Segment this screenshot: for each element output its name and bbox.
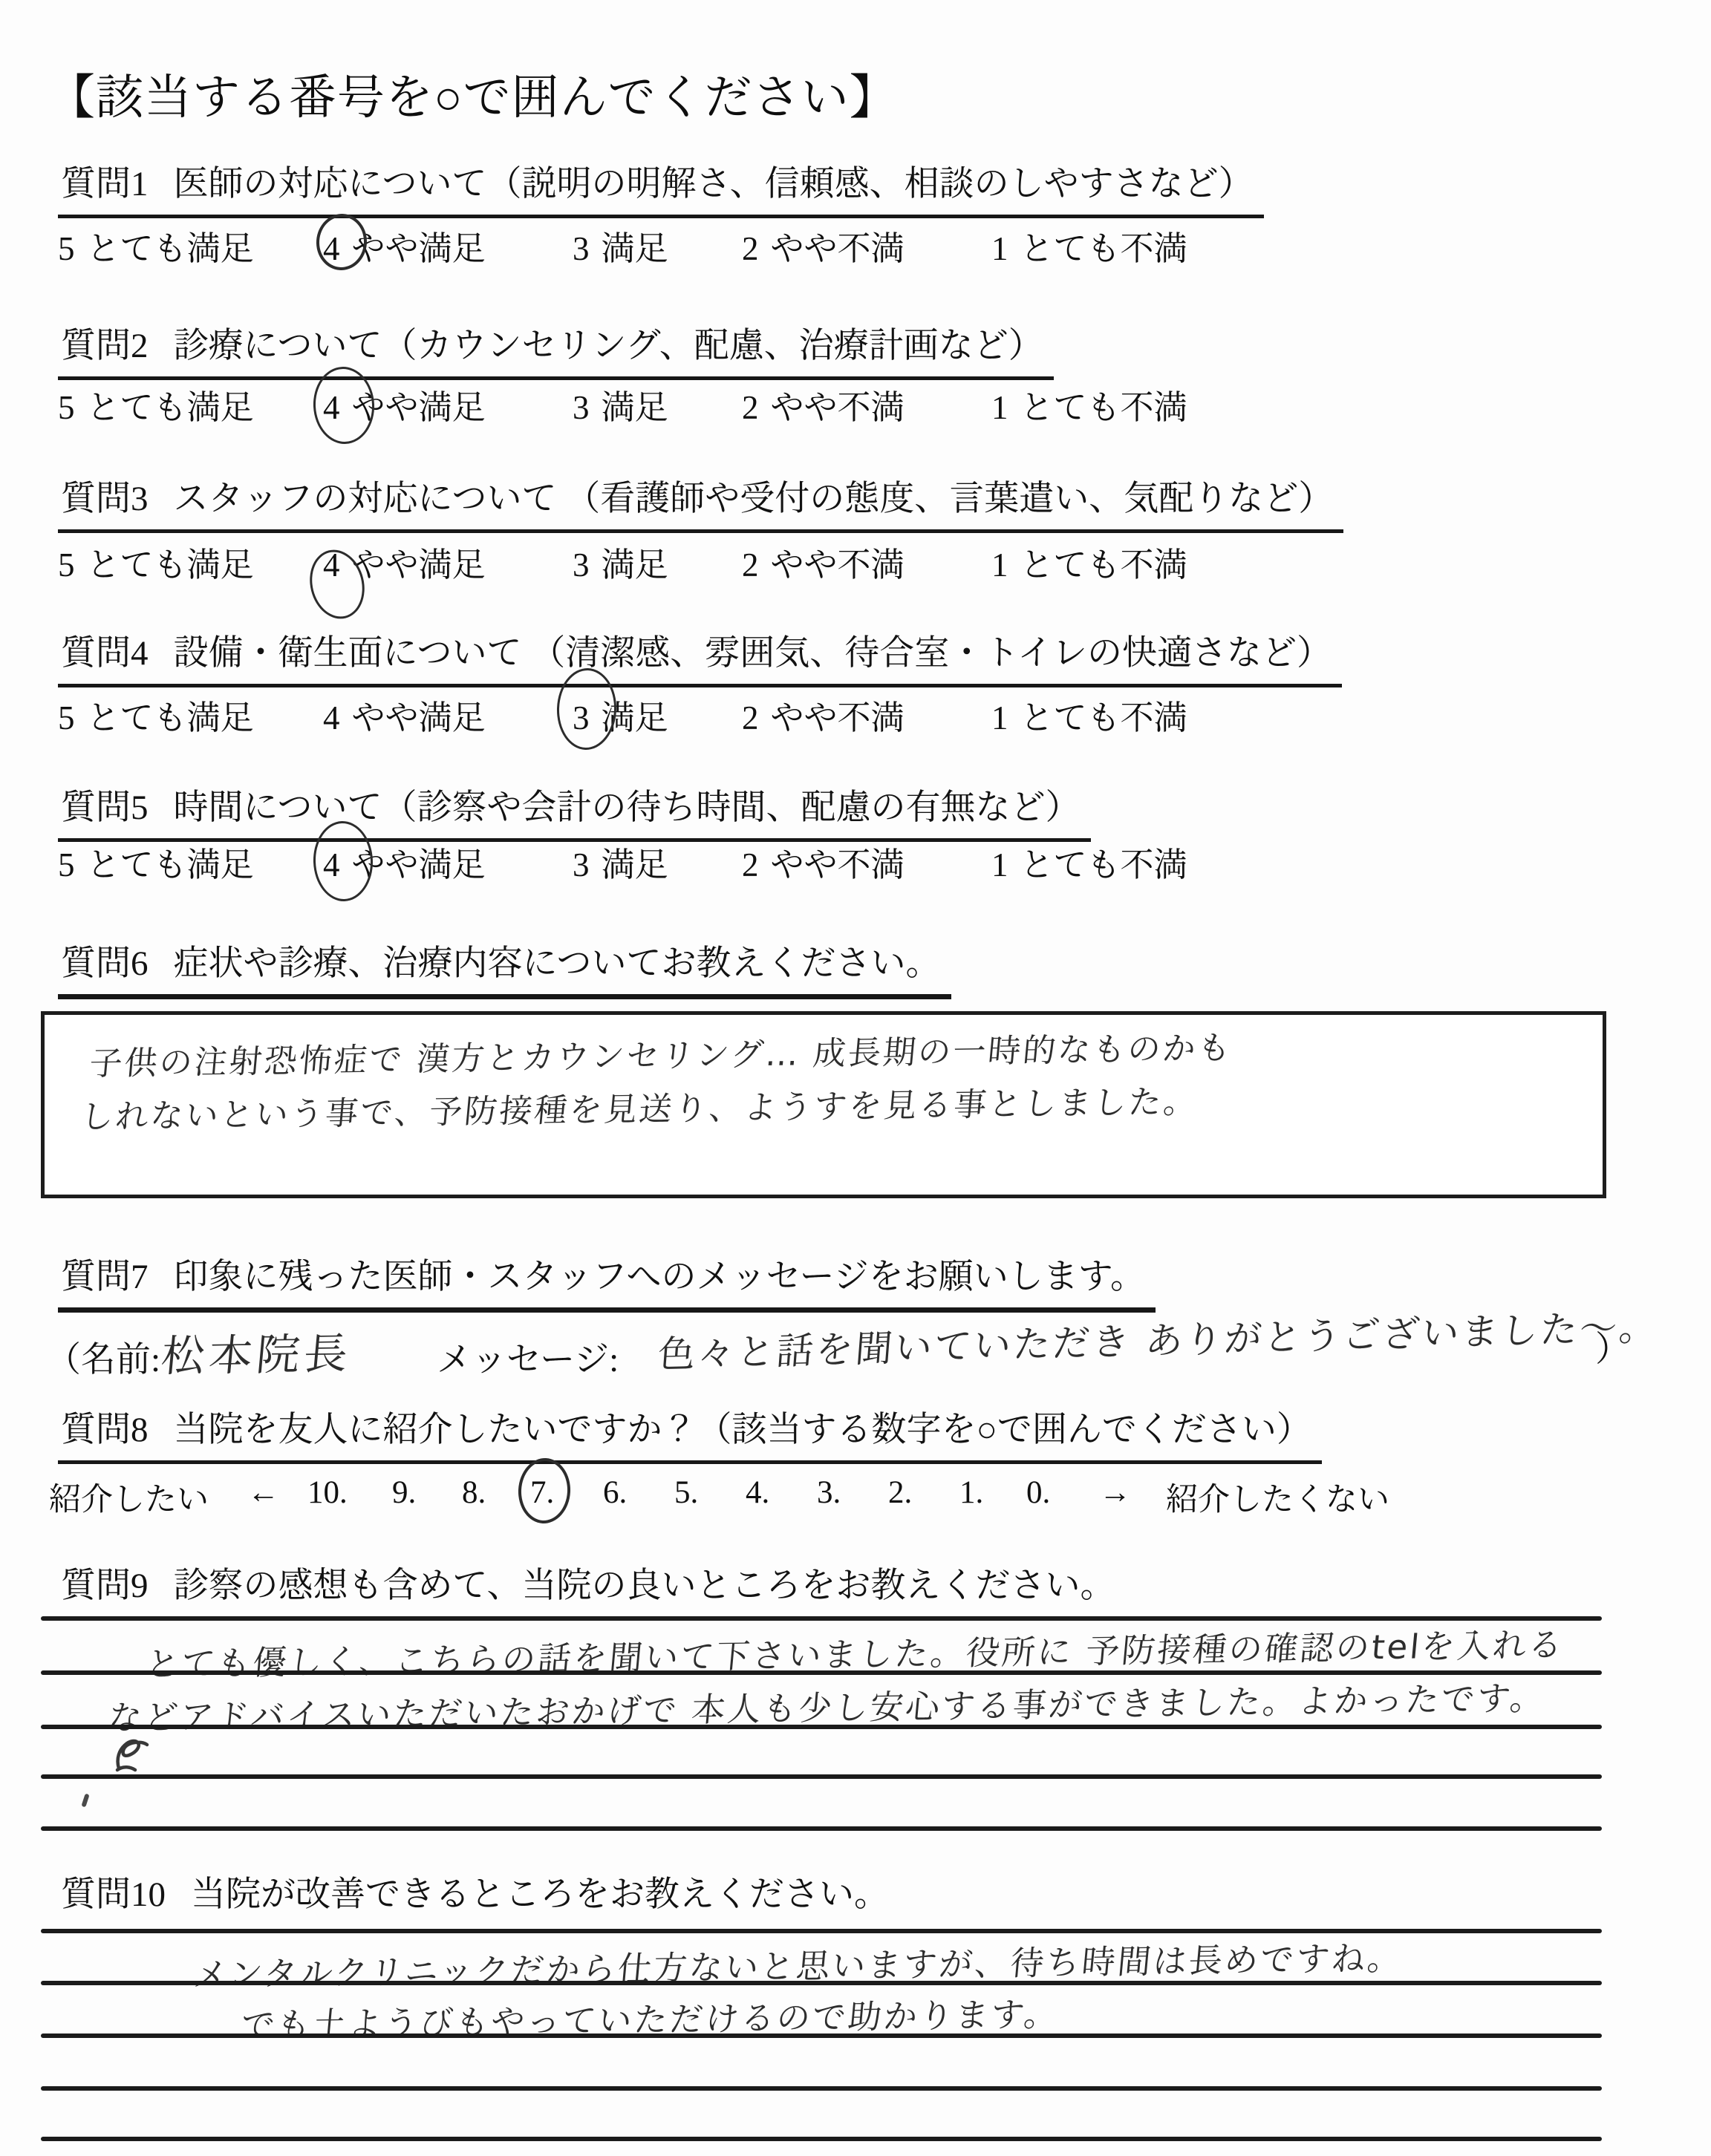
answer-rule-line [41, 1725, 1602, 1729]
question-2-title: 診療について（カウンセリング、配慮、治療計画など） [174, 327, 1043, 365]
scale-number-3: 3. [817, 1474, 841, 1511]
question-5-rating-row: 5とても満足 4やや満足 3満足 2やや不満 1とても不満 [0, 837, 1711, 885]
rating-option-2: 2やや不満 [742, 538, 905, 586]
question-6-header: 質問6症状や診療、治療内容についてお教えください。 [58, 935, 951, 999]
scale-label-recommend: 紹介したい [49, 1474, 209, 1520]
rating-option-2: 2やや不満 [742, 690, 905, 739]
question-8-scale-row: 紹介したい ← 10. 9. 8. 7. 6. 5. 4. 3. 2. 1. 0… [0, 1474, 1711, 1526]
question-3-number: 質問3 [61, 480, 149, 518]
rating-option-2: 2やや不満 [742, 380, 905, 428]
rating-option-2: 2やや不満 [742, 837, 905, 886]
rating-option-5: 5とても満足 [58, 380, 254, 428]
scale-number-0: 0. [1026, 1474, 1050, 1511]
question-3-title: スタッフの対応について （看護師や受付の態度、言葉遣い、気配りなど） [174, 480, 1334, 518]
question-4-rating-row: 5とても満足 4やや満足 3満足 2やや不満 1とても不満 [0, 690, 1711, 738]
scale-label-not-recommend: 紹介したくない [1166, 1474, 1389, 1520]
question-3-header: 質問3スタッフの対応について （看護師や受付の態度、言葉遣い、気配りなど） [58, 471, 1343, 533]
question-5-number: 質問5 [61, 788, 149, 827]
rating-option-1: 1とても不満 [991, 221, 1187, 269]
question-6-title: 症状や診療、治療内容についてお教えください。 [174, 944, 941, 983]
rating-option-1: 1とても不満 [991, 538, 1187, 586]
question-6-number: 質問6 [61, 944, 149, 983]
answer-rule-line [41, 1826, 1602, 1831]
scale-number-1: 1. [959, 1474, 983, 1511]
answer-rule-line [41, 2033, 1602, 2038]
answer-rule-line [41, 1774, 1602, 1779]
rating-option-5: 5とても満足 [58, 690, 254, 739]
question-10-header: 質問10当院が改善できるところをお教えください。 [58, 1866, 899, 1925]
question-10-number: 質問10 [61, 1875, 166, 1914]
question-9-number: 質問9 [61, 1567, 149, 1605]
scale-number-10: 10. [307, 1474, 348, 1511]
question-5-title: 時間について（診察や会計の待ち時間、配慮の有無など） [174, 788, 1081, 827]
rating-option-3: 3満足 [573, 538, 668, 586]
page-title: 【該当する番号を○で囲んでください】 [48, 59, 898, 128]
rating-option-1: 1とても不満 [991, 380, 1187, 428]
question-7-number: 質問7 [61, 1258, 149, 1296]
scribble-mark [108, 1733, 165, 1774]
question-2-rating-row: 5とても満足 4やや満足 3満足 2やや不満 1とても不満 [0, 380, 1711, 428]
question-8-number: 質問8 [61, 1411, 149, 1449]
question-10-title: 当院が改善できるところをお教えください。 [191, 1875, 889, 1914]
question-4-header: 質問4設備・衛生面について （清潔感、雰囲気、待合室・トイレの快適さなど） [58, 625, 1342, 687]
question-9-title: 診察の感想も含めて、当院の良いところをお教えください。 [174, 1567, 1115, 1605]
question-4-title: 設備・衛生面について （清潔感、雰囲気、待合室・トイレの快適さなど） [174, 634, 1332, 673]
name-field-label: （名前: [46, 1332, 160, 1382]
question-2-header: 質問2診療について（カウンセリング、配慮、治療計画など） [58, 318, 1054, 380]
answer-rule-line [41, 2086, 1602, 2091]
question-3-rating-row: 5とても満足 4やや満足 3満足 2やや不満 1とても不満 [0, 538, 1711, 585]
scale-number-5: 5. [674, 1474, 698, 1511]
question-8-title: 当院を友人に紹介したいですか？（該当する数字を○で囲んでください） [174, 1411, 1311, 1449]
question-7-header: 質問7印象に残った医師・スタッフへのメッセージをお願いします。 [58, 1249, 1156, 1313]
scale-number-4: 4. [746, 1474, 769, 1511]
question-7-title: 印象に残った医師・スタッフへのメッセージをお願いします。 [174, 1258, 1145, 1296]
question-8-header: 質問8当院を友人に紹介したいですか？（該当する数字を○で囲んでください） [58, 1402, 1322, 1464]
answer-rule-line [41, 1981, 1602, 1985]
rating-option-3: 3満足 [573, 221, 668, 269]
stray-pen-mark [81, 1794, 89, 1808]
rating-option-1: 1とても不満 [991, 690, 1187, 739]
rating-option-4: 4やや満足 [323, 690, 486, 739]
left-arrow-icon: ← [247, 1474, 279, 1511]
rating-option-1: 1とても不満 [991, 837, 1187, 886]
question-1-number: 質問1 [61, 165, 149, 203]
question-10-handwritten-line1: メンタルクリニックだから仕方ないと思いますが、待ち時間は長めですね。 [192, 1931, 1406, 1996]
question-1-header: 質問1医師の対応について（説明の明解さ、信頼感、相談のしやすさなど） [58, 156, 1264, 218]
rating-option-3: 3満足 [573, 380, 668, 428]
question-1-title: 医師の対応について（説明の明解さ、信頼感、相談のしやすさなど） [174, 165, 1254, 203]
question-1-rating-row: 5とても満足 4やや満足 3満足 2やや不満 1とても不満 [0, 221, 1711, 269]
scale-number-6: 6. [603, 1474, 627, 1511]
scale-number-8: 8. [462, 1474, 486, 1511]
question-2-number: 質問2 [61, 327, 149, 365]
answer-rule-line [41, 2137, 1602, 2141]
scale-number-2: 2. [888, 1474, 912, 1511]
closing-parenthesis: ） [1595, 1322, 1630, 1371]
rating-option-5: 5とても満足 [58, 837, 254, 886]
rating-option-5: 5とても満足 [58, 221, 254, 269]
question-5-header: 質問5時間について（診察や会計の待ち時間、配慮の有無など） [58, 780, 1091, 842]
rating-option-3: 3満足 [573, 837, 668, 886]
scanned-questionnaire-page: { "title": "【該当する番号を○で囲んでください】", "rating… [0, 0, 1711, 2156]
rating-option-5: 5とても満足 [58, 538, 254, 586]
message-field-label: メッセージ: [437, 1332, 619, 1382]
name-field-handwritten-value: 松本院長 [159, 1319, 355, 1384]
question-9-header: 質問9診察の感想も含めて、当院の良いところをお教えください。 [58, 1558, 1126, 1616]
rating-option-2: 2やや不満 [742, 221, 905, 269]
question-4-number: 質問4 [61, 634, 149, 673]
right-arrow-icon: → [1099, 1474, 1131, 1511]
scale-number-9: 9. [392, 1474, 416, 1511]
